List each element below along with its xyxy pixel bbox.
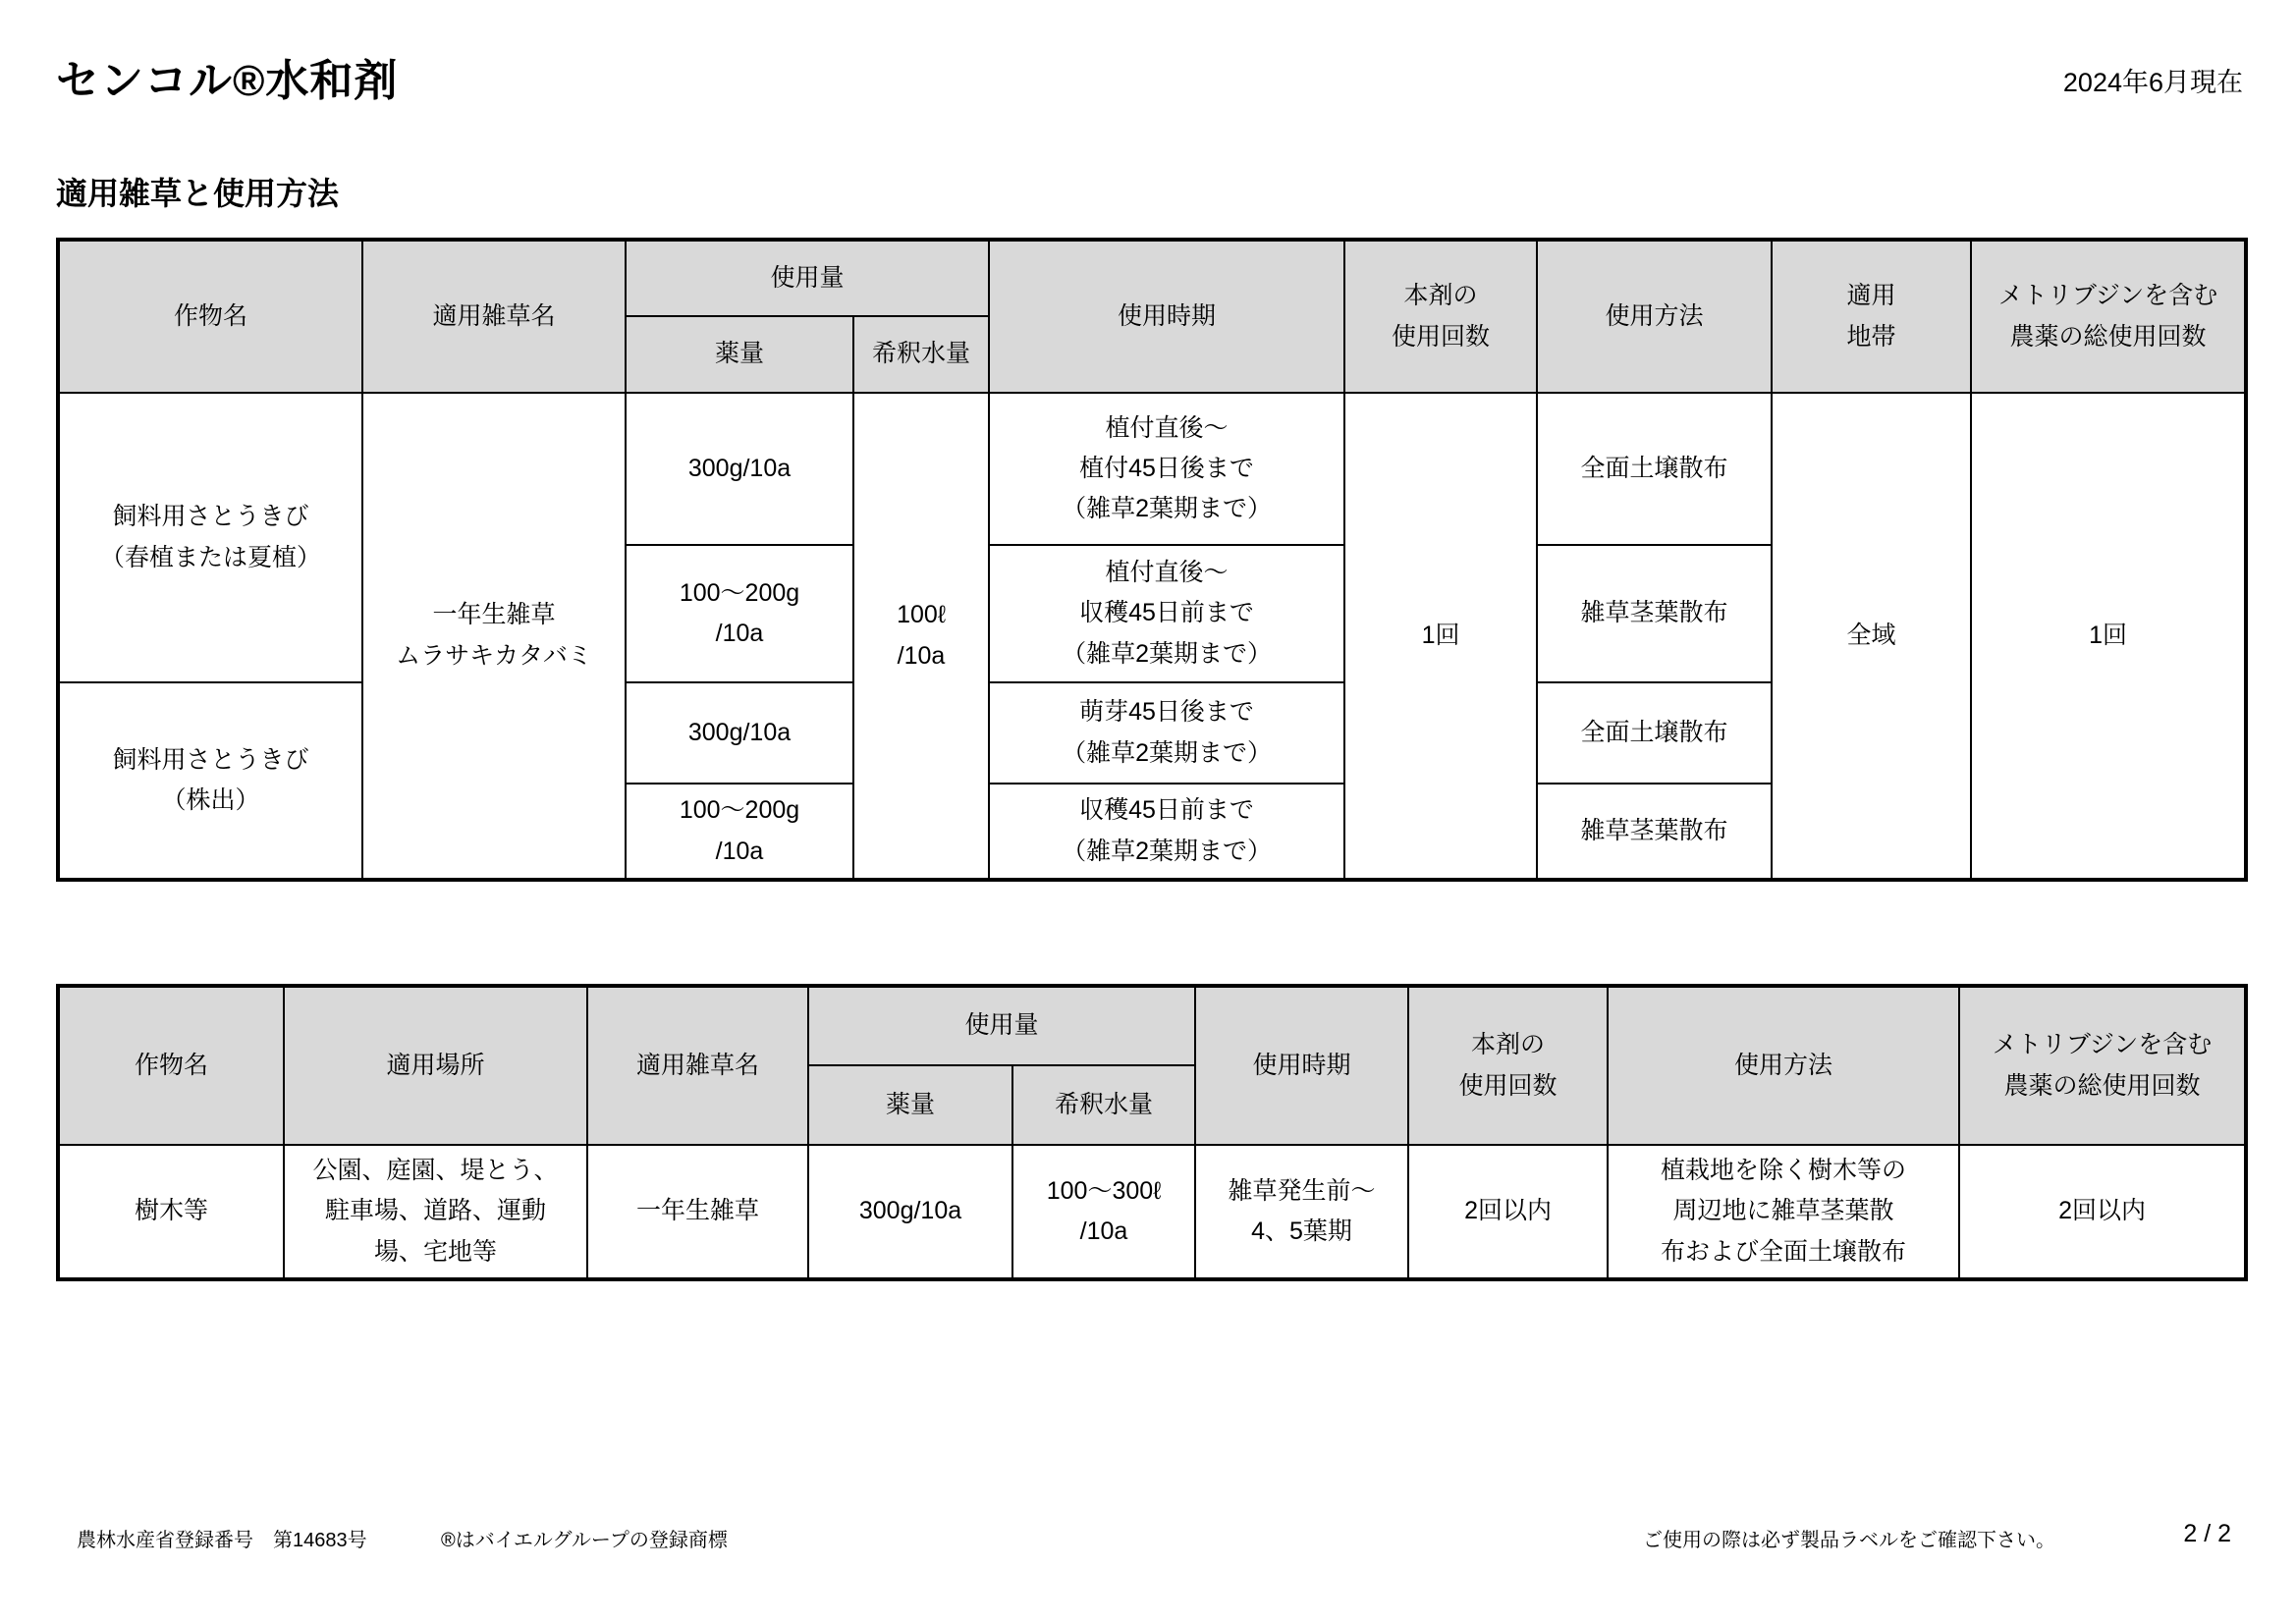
header-usage-count: 本剤の 使用回数 (1344, 240, 1537, 393)
header-crop-name: 作物名 (58, 240, 362, 393)
header-dose: 薬量 (626, 316, 853, 393)
header-usage-amount: 使用量 (626, 240, 989, 316)
cell-method: 全面土壌散布 (1537, 393, 1772, 545)
cell-method: 植栽地を除く樹木等の 周辺地に雑草茎葉散 布および全面土壌散布 (1608, 1145, 1959, 1279)
header-applicable-weed: 適用雑草名 (362, 240, 626, 393)
cell-dose: 100〜200g /10a (626, 545, 853, 682)
cell-metribuzin-total: 1回 (1971, 393, 2246, 880)
revision-date: 2024年6月現在 (2063, 61, 2243, 99)
cell-crop-trees: 樹木等 (58, 1145, 284, 1279)
cell-timing: 雑草発生前〜 4、5葉期 (1195, 1145, 1408, 1279)
header-applicable-weed: 適用雑草名 (587, 986, 808, 1145)
usage-notice: ご使用の際は必ず製品ラベルをご確認下さい。 (1643, 1524, 2055, 1552)
header-usage-timing: 使用時期 (989, 240, 1344, 393)
trees-usage-table: 作物名 適用場所 適用雑草名 使用量 使用時期 本剤の 使用回数 使用方法 メト… (56, 984, 2248, 1281)
cell-dose: 300g/10a (808, 1145, 1012, 1279)
cell-method: 全面土壌散布 (1537, 682, 1772, 784)
header-usage-method: 使用方法 (1608, 986, 1959, 1145)
header-dose: 薬量 (808, 1065, 1012, 1145)
cell-timing: 収穫45日前まで （雑草2葉期まで） (989, 784, 1344, 880)
cell-dilution-water: 100〜300ℓ /10a (1012, 1145, 1195, 1279)
document-page: センコル®水和剤 2024年6月現在 適用雑草と使用方法 作物名 適用雑草名 使… (0, 0, 2296, 1623)
cell-dilution-water: 100ℓ /10a (853, 393, 989, 880)
section-heading: 適用雑草と使用方法 (56, 169, 339, 214)
page-title: センコル®水和剤 (56, 45, 398, 108)
cell-usage-count: 1回 (1344, 393, 1537, 880)
cell-zone: 全域 (1772, 393, 1971, 880)
header-applicable-zone: 適用 地帯 (1772, 240, 1971, 393)
cell-place: 公園、庭園、堤とう、 駐車場、道路、運動 場、宅地等 (284, 1145, 587, 1279)
header-usage-count: 本剤の 使用回数 (1408, 986, 1608, 1145)
cell-crop-ratoon: 飼料用さとうきび （株出） (58, 682, 362, 880)
header-metribuzin-total: メトリブジンを含む 農薬の総使用回数 (1959, 986, 2246, 1145)
cell-timing: 植付直後〜 植付45日後まで （雑草2葉期まで） (989, 393, 1344, 545)
header-usage-amount: 使用量 (808, 986, 1195, 1065)
header-metribuzin-total: メトリブジンを含む 農薬の総使用回数 (1971, 240, 2246, 393)
cell-metribuzin-total: 2回以内 (1959, 1145, 2246, 1279)
cell-weed: 一年生雑草 (587, 1145, 808, 1279)
registration-number: 農林水産省登録番号 第14683号 (77, 1524, 367, 1552)
header-crop-name: 作物名 (58, 986, 284, 1145)
header-dilution-water: 希釈水量 (853, 316, 989, 393)
cell-method: 雑草茎葉散布 (1537, 784, 1772, 880)
sugarcane-usage-table: 作物名 適用雑草名 使用量 使用時期 本剤の 使用回数 使用方法 適用 地帯 メ… (56, 238, 2248, 882)
cell-timing: 萌芽45日後まで （雑草2葉期まで） (989, 682, 1344, 784)
cell-dose: 300g/10a (626, 393, 853, 545)
header-usage-method: 使用方法 (1537, 240, 1772, 393)
header-applicable-place: 適用場所 (284, 986, 587, 1145)
header-dilution-water: 希釈水量 (1012, 1065, 1195, 1145)
cell-dose: 100〜200g /10a (626, 784, 853, 880)
page-number: 2 / 2 (2183, 1520, 2231, 1548)
header-usage-timing: 使用時期 (1195, 986, 1408, 1145)
cell-dose: 300g/10a (626, 682, 853, 784)
cell-weed: 一年生雑草 ムラサキカタバミ (362, 393, 626, 880)
trademark-note: ®はバイエルグループの登録商標 (441, 1524, 728, 1552)
cell-crop-spring-summer: 飼料用さとうきび （春植または夏植） (58, 393, 362, 682)
cell-usage-count: 2回以内 (1408, 1145, 1608, 1279)
cell-timing: 植付直後〜 収穫45日前まで （雑草2葉期まで） (989, 545, 1344, 682)
cell-method: 雑草茎葉散布 (1537, 545, 1772, 682)
